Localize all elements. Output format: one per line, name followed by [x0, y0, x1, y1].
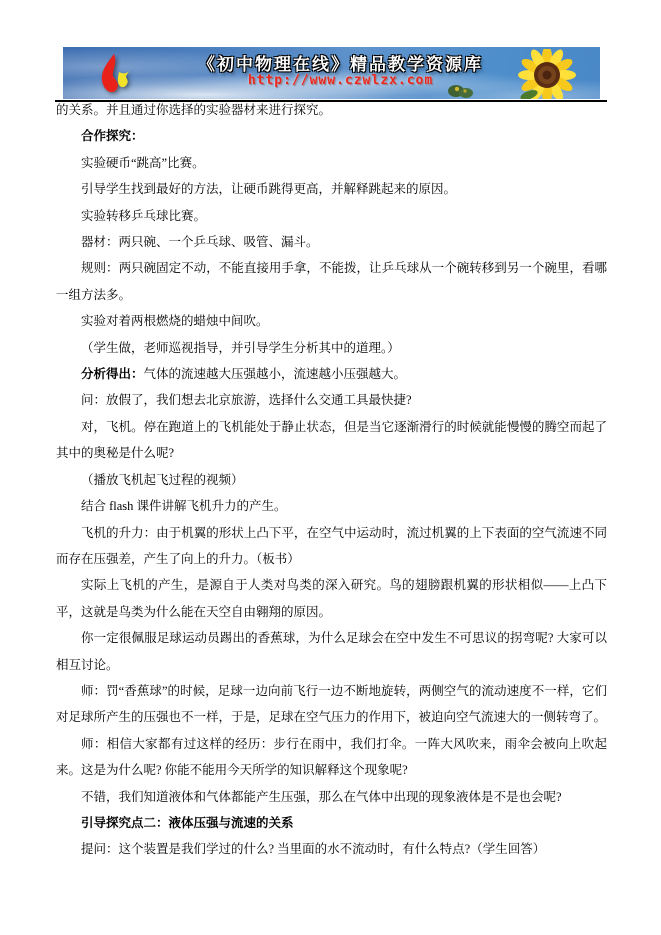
paragraph: 实验对着两根燃烧的蜡烛中间吹。	[56, 308, 607, 334]
paragraph-text: 合作探究：	[81, 129, 144, 143]
paragraph-text: 飞机的升力：由于机翼的形状上凸下平，在空气中运动时，流过机翼的上下表面的空气流速…	[56, 526, 607, 566]
sunflower-icon	[513, 49, 579, 99]
small-plant-icon	[446, 81, 476, 98]
paragraph: 分析得出：气体的流速越大压强越小，流速越小压强越大。	[56, 361, 607, 387]
paragraph: 提问：这个装置是我们学过的什么? 当里面的水不流动时，有什么特点?（学生回答）	[56, 836, 607, 862]
paragraph-text: 实验转移乒乓球比赛。	[81, 209, 206, 223]
paragraph: 师：罚“香蕉球”的时候，足球一边向前飞行一边不断地旋转，两侧空气的流动速度不一样…	[56, 678, 607, 731]
paragraph-text: 的关系。并且通过你选择的实验器材来进行探究。	[56, 103, 331, 117]
paragraph: 规则：两只碗固定不动，不能直接用手拿，不能拨，让乒乓球从一个碗转移到另一个碗里，…	[56, 255, 607, 308]
paragraph: 合作探究：	[56, 123, 607, 149]
paragraph-text: （播放飞机起飞过程的视频）	[81, 473, 244, 487]
paragraph-text: 不错，我们知道液体和气体都能产生压强，那么在气体中出现的现象液体是不是也会呢?	[81, 790, 562, 804]
paragraph: 结合 flash 课件讲解飞机升力的产生。	[56, 493, 607, 519]
paragraph-text: 师：相信大家都有过这样的经历：步行在雨中，我们打伞。一阵大风吹来，雨伞会被向上吹…	[56, 737, 607, 777]
paragraph-text: 气体的流速越大压强越小，流速越小压强越大。	[144, 367, 407, 381]
paragraph: 引导探究点二：液体压强与流速的关系	[56, 810, 607, 836]
paragraph: 不错，我们知道液体和气体都能产生压强，那么在气体中出现的现象液体是不是也会呢?	[56, 784, 607, 810]
paragraph: 飞机的升力：由于机翼的形状上凸下平，在空气中运动时，流过机翼的上下表面的空气流速…	[56, 520, 607, 573]
paragraph-text: 结合 flash 课件讲解飞机升力的产生。	[81, 499, 287, 513]
paragraph: （学生做，老师巡视指导，并引导学生分析其中的道理。）	[56, 335, 607, 361]
paragraph-text: 问：放假了，我们想去北京旅游，选择什么交通工具最快捷?	[81, 393, 412, 407]
paragraph-bold-prefix: 分析得出：	[81, 367, 144, 381]
paragraph: 对，飞机。停在跑道上的飞机能处于静止状态，但是当它逐渐滑行的时候就能慢慢的腾空而…	[56, 414, 607, 467]
flame-logo-icon	[93, 53, 135, 95]
paragraph: 实际上飞机的产生，是源自于人类对鸟类的深入研究。鸟的翅膀跟机翼的形状相似——上凸…	[56, 572, 607, 625]
paragraph-text: 对，飞机。停在跑道上的飞机能处于静止状态，但是当它逐渐滑行的时候就能慢慢的腾空而…	[56, 420, 607, 460]
paragraph-text: 你一定很佩服足球运动员踢出的香蕉球，为什么足球会在空中发生不可思议的拐弯呢? 大…	[56, 631, 607, 671]
paragraph-text: 引导学生找到最好的方法，让硬币跳得更高，并解释跳起来的原因。	[81, 182, 456, 196]
paragraph: 问：放假了，我们想去北京旅游，选择什么交通工具最快捷?	[56, 387, 607, 413]
paragraph-text: 器材：两只碗、一个乒乓球、吸管、漏斗。	[81, 235, 319, 249]
paragraph-text: （学生做，老师巡视指导，并引导学生分析其中的道理。）	[81, 341, 400, 355]
paragraph-text: 实验硬币“跳高”比赛。	[81, 156, 205, 170]
paragraph: （播放飞机起飞过程的视频）	[56, 467, 607, 493]
paragraph: 师：相信大家都有过这样的经历：步行在雨中，我们打伞。一阵大风吹来，雨伞会被向上吹…	[56, 731, 607, 784]
paragraph: 实验硬币“跳高”比赛。	[56, 150, 607, 176]
site-banner: 《初中物理在线》精品教学资源库 http://www.czwlzx.com	[63, 47, 600, 99]
banner-title: 《初中物理在线》精品教学资源库	[168, 50, 513, 75]
paragraph: 实验转移乒乓球比赛。	[56, 203, 607, 229]
paragraph-text: 规则：两只碗固定不动，不能直接用手拿，不能拨，让乒乓球从一个碗转移到另一个碗里，…	[56, 261, 607, 301]
document-page: 《初中物理在线》精品教学资源库 http://www.czwlzx.com	[0, 0, 661, 935]
paragraph: 你一定很佩服足球运动员踢出的香蕉球，为什么足球会在空中发生不可思议的拐弯呢? 大…	[56, 625, 607, 678]
paragraph-text: 实际上飞机的产生，是源自于人类对鸟类的深入研究。鸟的翅膀跟机翼的形状相似——上凸…	[56, 578, 607, 618]
paragraph-text: 引导探究点二：液体压强与流速的关系	[81, 816, 294, 830]
paragraph-text: 提问：这个装置是我们学过的什么? 当里面的水不流动时，有什么特点?（学生回答）	[81, 842, 545, 856]
paragraph: 引导学生找到最好的方法，让硬币跳得更高，并解释跳起来的原因。	[56, 176, 607, 202]
paragraph-text: 实验对着两根燃烧的蜡烛中间吹。	[81, 314, 269, 328]
paragraph: 的关系。并且通过你选择的实验器材来进行探究。	[56, 97, 607, 123]
paragraph: 器材：两只碗、一个乒乓球、吸管、漏斗。	[56, 229, 607, 255]
paragraph-text: 师：罚“香蕉球”的时候，足球一边向前飞行一边不断地旋转，两侧空气的流动速度不一样…	[56, 684, 607, 724]
document-body: 的关系。并且通过你选择的实验器材来进行探究。合作探究：实验硬币“跳高”比赛。引导…	[56, 97, 607, 863]
